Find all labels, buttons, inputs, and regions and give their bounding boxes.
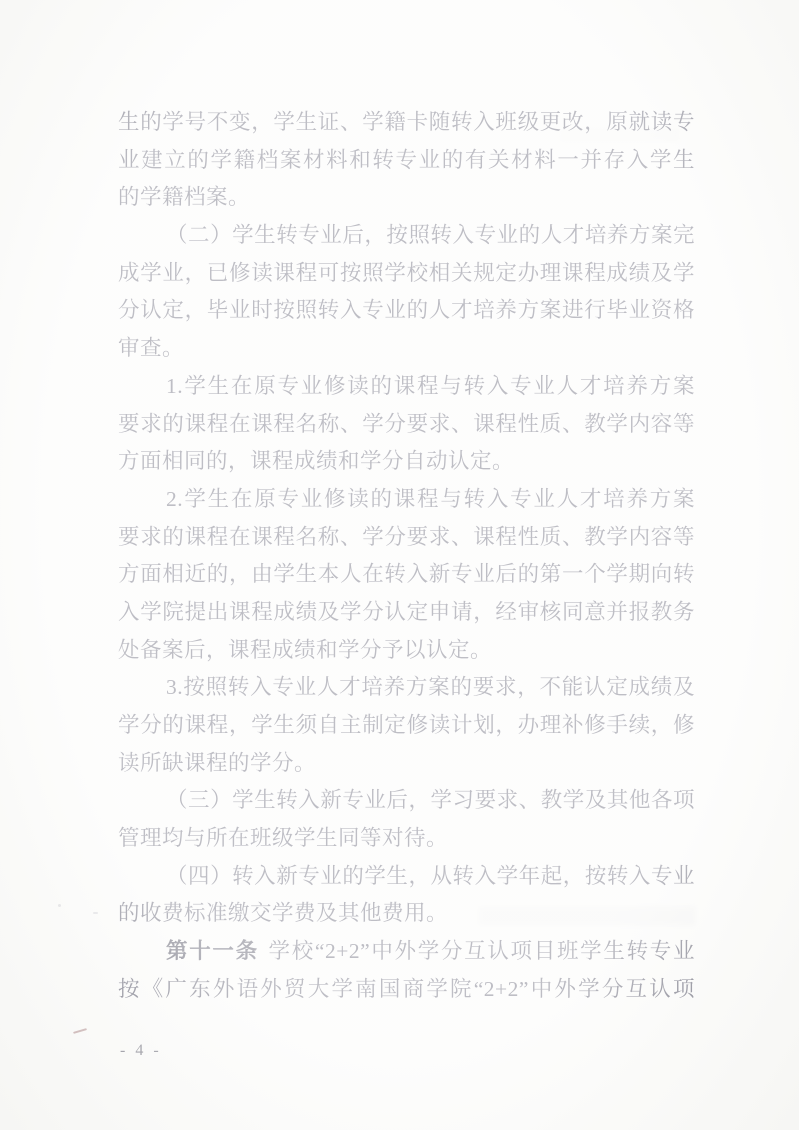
document-line: 1.学生在原专业修读的课程与转入专业人才培养方案 [118, 368, 695, 406]
page-number: - 4 - [120, 1042, 162, 1059]
document-line: 读所缺课程的学分。 [118, 745, 695, 783]
document-line: （三）学生转入新专业后，学习要求、教学及其他各项 [118, 782, 695, 820]
document-line: 业建立的学籍档案材料和转专业的有关材料一并存入学生 [118, 142, 695, 180]
document-line: 要求的课程在课程名称、学分要求、课程性质、教学内容等 [118, 519, 695, 557]
document-line: 方面相同的，课程成绩和学分自动认定。 [118, 443, 695, 481]
scan-speck-artifact [58, 904, 61, 907]
pen-mark-artifact [73, 1028, 87, 1034]
page: 生的学号不变，学生证、学籍卡随转入班级更改，原就读专业建立的学籍档案材料和转专业… [0, 0, 799, 1130]
document-line: 成学业，已修读课程可按照学校相关规定办理课程成绩及学 [118, 255, 695, 293]
page-footer: - 4 - [120, 1042, 162, 1060]
document-body: 生的学号不变，学生证、学籍卡随转入班级更改，原就读专业建立的学籍档案材料和转专业… [118, 104, 695, 1009]
document-line: 第十一条学校“2+2”中外学分互认项目班学生转专业 [118, 933, 695, 971]
document-line: 按《广东外语外贸大学南国商学院“2+2”中外学分互认项 [118, 971, 695, 1009]
ink-bleed-artifact [560, 128, 680, 142]
scan-speck-artifact [93, 912, 98, 914]
document-line: 审查。 [118, 330, 695, 368]
document-line: 管理均与所在班级学生同等对待。 [118, 820, 695, 858]
document-line: 学分的课程，学生须自主制定修读计划，办理补修手续，修 [118, 707, 695, 745]
document-line: 处备案后，课程成绩和学分予以认定。 [118, 632, 695, 670]
document-line: 2.学生在原专业修读的课程与转入专业人才培养方案 [118, 481, 695, 519]
document-line: 方面相近的，由学生本人在转入新专业后的第一个学期向转 [118, 556, 695, 594]
document-line: 分认定，毕业时按照转入专业的人才培养方案进行毕业资格 [118, 292, 695, 330]
document-line: 入学院提出课程成绩及学分认定申请，经审核同意并报教务 [118, 594, 695, 632]
line-text: 学校“2+2”中外学分互认项目班学生转专业 [269, 939, 696, 963]
document-line: 要求的课程在课程名称、学分要求、课程性质、教学内容等 [118, 406, 695, 444]
document-line: （四）转入新专业的学生，从转入学年起，按转入专业 [118, 858, 695, 896]
document-line: （二）学生转专业后，按照转入专业的人才培养方案完 [118, 217, 695, 255]
article-number-label: 第十一条 [166, 939, 259, 963]
document-line: 3.按照转入专业人才培养方案的要求，不能认定成绩及 [118, 669, 695, 707]
ink-bleed-artifact [478, 906, 696, 926]
document-line: 的学籍档案。 [118, 179, 695, 217]
